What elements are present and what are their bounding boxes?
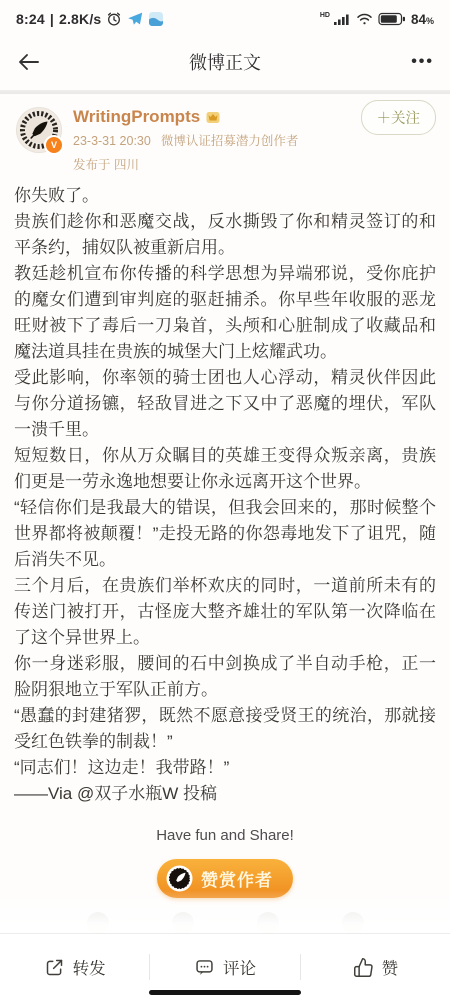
comment-label: 评论 <box>223 955 256 979</box>
repost-label: 转发 <box>73 955 106 979</box>
nav-bar: 微博正文 ••• <box>0 34 450 90</box>
comment-button[interactable]: 评论 <box>150 947 299 987</box>
like-button[interactable]: 赞 <box>301 947 450 987</box>
post-paragraph: “轻信你们是我最大的错误，但我会回来的，那时候整个世界都将被颠覆！”走投无路的你… <box>14 495 436 573</box>
post-timestamp: 23-3-31 20:30 <box>73 134 151 148</box>
like-label: 赞 <box>382 955 399 979</box>
post-paragraph: 你失败了。 <box>14 183 436 209</box>
post-paragraph: ——Via @双子水瓶W 投稿 <box>14 781 436 807</box>
faded-avatar-row <box>0 912 450 934</box>
telegram-icon <box>127 11 143 27</box>
clock-time: 8:24 <box>16 11 45 27</box>
comment-icon <box>194 957 215 978</box>
wifi-icon <box>356 12 373 26</box>
post-body: 你失败了。 贵族们趁你和恶魔交战，反水撕毁了你和精灵签订的和平条约，捕奴队被重新… <box>0 177 450 807</box>
post-paragraph: 短短数日，你从万众瞩目的英雄王变得众叛亲离，贵族们更是一劳永逸地想要让你永远离开… <box>14 443 436 495</box>
post-paragraph: 受此影响，你率领的骑士团也人心浮动，精灵伙伴因此与你分道扬镳，轻敌冒进之下又中了… <box>14 365 436 443</box>
author-name[interactable]: WritingPrompts <box>73 107 200 127</box>
post-header: V WritingPrompts 23-3-31 20:30微博认证招募潜力创作… <box>0 94 450 177</box>
signal-icon <box>333 12 351 26</box>
more-menu-button[interactable]: ••• <box>411 53 434 71</box>
faded-avatar <box>87 912 109 934</box>
share-note: Have fun and Share! <box>0 827 450 844</box>
post-paragraph: “同志们！这边走！我带路！” <box>14 755 436 781</box>
faded-avatar <box>172 912 194 934</box>
post-paragraph: 你一身迷彩服，腰间的石中剑换成了半自动手枪，正一脸阴狠地立于军队正前方。 <box>14 651 436 703</box>
back-arrow-icon[interactable] <box>16 50 42 74</box>
battery-icon <box>378 12 406 26</box>
page-title: 微博正文 <box>0 49 450 75</box>
thumbs-up-icon <box>353 957 374 978</box>
hd-label: HD <box>320 12 330 19</box>
battery-percent: 84% <box>411 12 434 27</box>
crown-membership-icon <box>205 110 221 124</box>
post-location: 发布于 四川 <box>73 155 434 173</box>
verified-badge: V <box>44 135 64 155</box>
post-paragraph: 三个月后，在贵族们举杯欢庆的同时，一道前所未有的传送门被打开，古怪庞大整齐雄壮的… <box>14 573 436 651</box>
status-separator: | <box>50 11 54 27</box>
home-indicator[interactable] <box>149 990 301 995</box>
auth-note: 微博认证招募潜力创作者 <box>161 134 299 148</box>
post-paragraph: “愚蠢的封建猪猡，既然不愿意接受贤王的统治，那就接受红色铁拳的制裁！” <box>14 703 436 755</box>
follow-button[interactable]: ＋关注 <box>361 100 437 135</box>
alarm-clock-icon <box>106 11 122 27</box>
reward-label: 赞赏作者 <box>201 866 273 891</box>
reward-badge-icon <box>166 865 193 892</box>
avatar[interactable]: V <box>16 107 62 153</box>
network-speed: 2.8K/s <box>59 11 101 27</box>
reward-author-button[interactable]: 赞赏作者 <box>157 859 293 898</box>
repost-button[interactable]: 转发 <box>0 947 149 987</box>
weibo-post-screen: 8:24 | 2.8K/s HD <box>0 0 450 1000</box>
status-bar: 8:24 | 2.8K/s HD <box>0 0 450 34</box>
gallery-app-icon <box>148 11 164 27</box>
faded-avatar <box>342 912 364 934</box>
post-paragraph: 教廷趁机宣布你传播的科学思想为异端邪说，受你庇护的魔女们遭到审判庭的驱赶捕杀。你… <box>14 261 436 365</box>
post-paragraph: 贵族们趁你和恶魔交战，反水撕毁了你和精灵签订的和平条约，捕奴队被重新启用。 <box>14 209 436 261</box>
repost-icon <box>44 957 65 978</box>
faded-avatar <box>257 912 279 934</box>
